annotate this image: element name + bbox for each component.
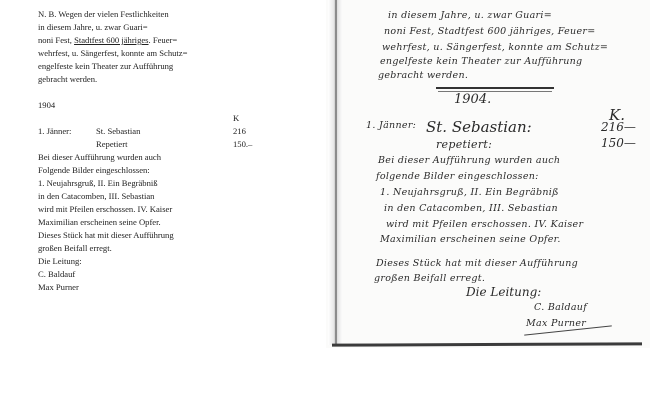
body-line: 1. Neujahrsgruß, II. Ein Begräbniß: [38, 178, 158, 189]
page-bottom-edge: [332, 342, 642, 346]
signatory: Max Purner: [38, 282, 79, 293]
note-line: N. B. Wegen der vielen Festlichkeiten: [38, 9, 169, 20]
manuscript-line: in diesem Jahre, u. zwar Guari=: [388, 10, 552, 21]
body-line: Bei dieser Aufführung wurden auch: [38, 152, 161, 163]
manuscript-year: 1904.: [454, 92, 491, 107]
note-line: wehrfest, u. Sängerfest, konnte am Schut…: [38, 48, 187, 59]
underlined-stadtfest: Stadtfest 600 jähriges: [74, 35, 148, 45]
body-line: Folgende Bilder eingeschlossen:: [38, 165, 150, 176]
entry-title: Repetiert: [96, 139, 128, 150]
entry-amount: 150.–: [233, 139, 252, 150]
body-line: großen Beifall erregt.: [38, 243, 112, 254]
entry-title: St. Sebastian: [96, 126, 140, 137]
manuscript-title: St. Sebastian:: [426, 118, 532, 136]
manuscript-line: Bei dieser Aufführung wurden auch: [378, 155, 560, 166]
manuscript-signature: Max Purner: [526, 318, 586, 329]
body-line: Dieses Stück hat mit dieser Aufführung: [38, 230, 174, 241]
manuscript-line: wehrfest, u. Sängerfest, konnte am Schut…: [382, 42, 608, 53]
manuscript-line: wird mit Pfeilen erschossen. IV. Kaiser: [386, 219, 583, 230]
note-text: . Feuer=: [149, 35, 178, 45]
manuscript-signature-heading: Die Leitung:: [466, 285, 541, 299]
body-line: Maximilian erscheinen seine Opfer.: [38, 217, 161, 228]
manuscript-line: noni Fest, Stadtfest 600 jähriges, Feuer…: [384, 26, 596, 37]
body-line: wird mit Pfeilen erschossen. IV. Kaiser: [38, 204, 172, 215]
manuscript-line: Dieses Stück hat mit dieser Aufführung: [376, 258, 578, 269]
entry-date: 1. Jänner:: [38, 126, 71, 137]
note-line: noni Fest, Stadtfest 600 jähriges. Feuer…: [38, 35, 177, 46]
note-line: engelfeste kein Theater zur Aufführung: [38, 61, 173, 72]
year-rule: [436, 87, 554, 89]
note-text: noni Fest,: [38, 35, 74, 45]
manuscript-date: 1. Jänner:: [366, 120, 416, 131]
handwritten-manuscript-scan: in diesem Jahre, u. zwar Guari= noni Fes…: [326, 0, 650, 348]
note-line: gebracht werden.: [38, 74, 97, 85]
manuscript-repeat: repetiert:: [436, 138, 492, 151]
manuscript-line: 1. Neujahrsgruß, II. Ein Begräbniß: [380, 187, 559, 198]
manuscript-line: großen Beifall erregt.: [374, 273, 485, 284]
manuscript-amount: 150—: [601, 136, 636, 150]
typed-transcription: N. B. Wegen der vielen Festlichkeiten in…: [0, 0, 320, 400]
manuscript-signature: C. Baldauf: [534, 302, 587, 313]
year-heading: 1904: [38, 100, 55, 111]
manuscript-line: gebracht werden.: [378, 70, 468, 81]
manuscript-line: engelfeste kein Theater zur Aufführung: [380, 56, 582, 67]
margin-rule: [335, 0, 337, 345]
manuscript-line: in den Catacomben, III. Sebastian: [384, 203, 558, 214]
currency-header: K: [233, 113, 239, 124]
signatory: C. Baldauf: [38, 269, 75, 280]
body-line: in den Catacomben, III. Sebastian: [38, 191, 154, 202]
manuscript-amount: 216—: [601, 120, 636, 134]
entry-amount: 216: [233, 126, 246, 137]
signature-heading: Die Leitung:: [38, 256, 82, 267]
note-line: in diesem Jahre, u. zwar Guari=: [38, 22, 148, 33]
manuscript-line: folgende Bilder eingeschlossen:: [376, 171, 539, 182]
manuscript-line: Maximilian erscheinen seine Opfer.: [380, 234, 561, 245]
